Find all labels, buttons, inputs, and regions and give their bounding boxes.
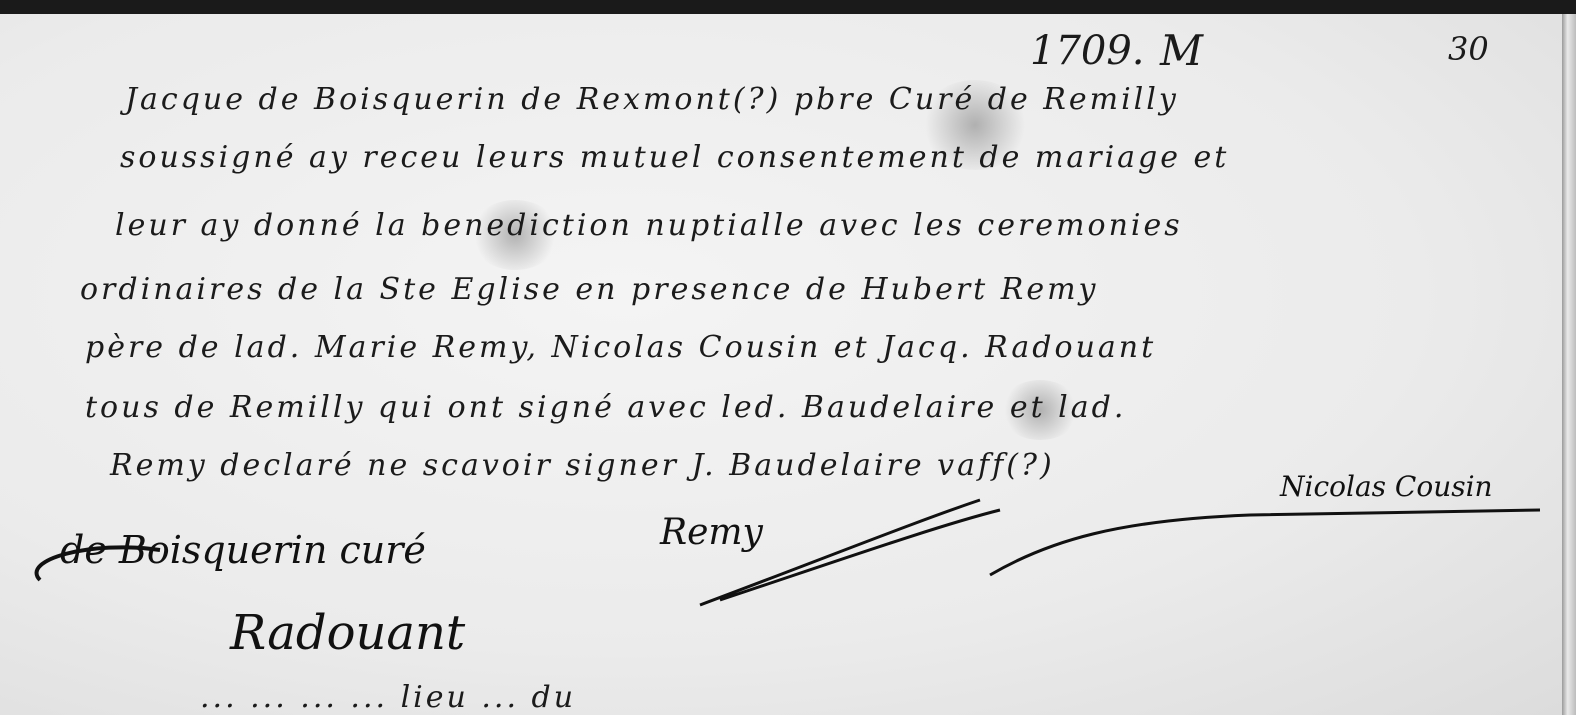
- signature-flourishes: [0, 0, 1576, 715]
- cutoff-next-entry: ... ... ... ... lieu ... du: [200, 680, 576, 715]
